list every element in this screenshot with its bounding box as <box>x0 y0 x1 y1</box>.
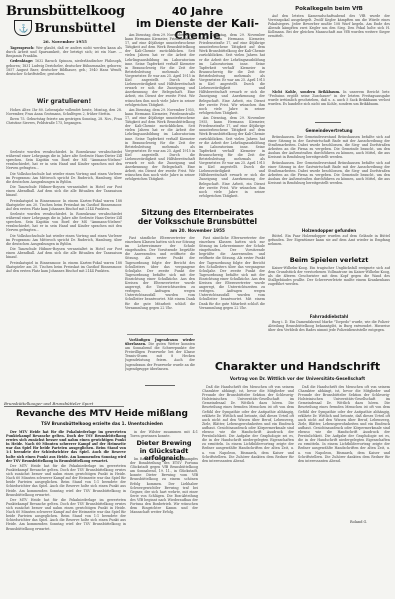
gemeindevertretung-text: Brünshausen. Der Gemeindevorstand Brünsh… <box>268 135 390 160</box>
charakter-text-col2: Daß die Handschrift des Menschen oft von… <box>298 385 390 471</box>
sport-band-label: Brunsbüttelkooger und Brunsbütteler Spor… <box>4 401 124 407</box>
gratulieren-item: Hohes Alter. Ihr 80. Lebensjahr vollende… <box>6 108 122 116</box>
charakter-text-col1: Daß die Handschrift des Menschen oft von… <box>202 385 294 475</box>
masthead-title-line2: Brunsbüttel <box>34 21 115 35</box>
gemeindevertretung-heading: Gemeindevertretung <box>268 128 390 133</box>
kali-text: Am Dienstag, dem 29. November 1955, kann… <box>199 33 265 115</box>
kali-text: Am Dienstag, dem 29. November 1955, kann… <box>125 33 195 107</box>
news-item: Seeleute wurden verabschiedet. In Rosenk… <box>6 150 122 170</box>
news-item: Die Volkshochschule hat wieder einen Vor… <box>6 172 122 184</box>
fahrraddiebstahl-block: Burg i. D. Ein Damenfahrrad Marke "Torpe… <box>268 320 390 350</box>
jugendraum-block: Vorläufigen Jugendraum wieder überlassen… <box>125 338 195 380</box>
fahrraddiebstahl-heading: Fahrraddiebstahl <box>268 314 390 319</box>
beim-spielen-heading: Beim Spielen verletzt <box>268 256 390 264</box>
elternbeirat-text-col1: Fast sämtliche Elternvertreter der einze… <box>125 236 195 332</box>
mtv-text: Der MTV Heide hat für die Pokalniederlag… <box>6 464 126 497</box>
holzendopper-text: Büttel. Ein Paar Holzendopper wurden auf… <box>268 234 390 246</box>
kali-text: Am Dienstag, dem 29. November 1955, kann… <box>199 116 265 198</box>
divider <box>315 122 341 123</box>
elternbeirat-heading-line2: der Volksschule Brunsbüttel <box>125 217 270 226</box>
pokalkegeln-block: Auf den letzten Kameradschaftsabend des … <box>268 14 390 86</box>
mtv-lead: Der MTV Heide hat für die Pokalniederlag… <box>6 430 126 463</box>
news-item: Die Tanzschule Hübner-Boysen veranstalte… <box>6 185 122 197</box>
beim-spielen-text: Kaiser-Wilhelm-Koog. Ein tragischer Ungl… <box>268 266 390 286</box>
news-item: Preisskatspiel in Rinnenmoor. In einem K… <box>6 261 122 273</box>
nicht-kohle-block: Nicht Kohle, sondern Brikkbaum. In unser… <box>268 90 390 118</box>
gemeindevertretung-text: Brünshausen. Der Gemeindevorstand Brünsh… <box>268 161 390 186</box>
mtv-heading: Revanche des MTV Heide mißlang <box>6 409 198 419</box>
charakter-author: Roland G. <box>350 520 367 524</box>
left-column-news: Seeleute wurden verabschiedet. In Rosenk… <box>6 150 122 390</box>
kali-text-col2: Am Dienstag, dem 29. November 1955, kann… <box>199 33 265 205</box>
elternbeirat-text-col2: Fast sämtliche Elternvertreter der einze… <box>199 236 265 356</box>
mtv-subheading: TSV Brunsbüttelkoog erzielte das 1. Unen… <box>6 421 198 426</box>
news-item: Die Tanzschule Hübner-Boysen veranstalte… <box>6 247 122 259</box>
news-item: Die Volkshochschule hat wieder einen Vor… <box>6 234 122 246</box>
mtv-text: Der MTV Heide hat für die Pokalniederlag… <box>6 498 126 531</box>
news-item: Seeleute wurden verabschiedet. In Rosenk… <box>6 212 122 232</box>
jugendraum-text: Die guten Wetter konnten am Sonnabend di… <box>125 342 195 371</box>
kali-text: Am Dienstag, dem 29. November 1955, kann… <box>125 108 195 182</box>
pokalkegeln-text: Auf den letzten Kameradschaftsabend des … <box>268 14 390 39</box>
elternbeirat-text: Fast sämtliche Elternvertreter der einze… <box>199 236 265 310</box>
pokalkegeln-heading: Pokalkegeln beim VfB <box>268 6 390 12</box>
elternbeirat-heading-line1: Sitzung des Elternbeirates <box>125 208 270 217</box>
elternbeirat-text: Fast sämtliche Elternvertreter der einze… <box>125 236 195 310</box>
gratulieren-block: Hohes Alter. Ihr 80. Lebensjahr vollende… <box>6 108 122 148</box>
charakter-subheading: Vortrag von Dr. Wittlich vor der Univers… <box>200 376 395 381</box>
gemeindevertretung-block: Brünshausen. Der Gemeindevorstand Brünsh… <box>268 135 390 227</box>
holzendopper-heading: Holzendopper gefunden <box>268 228 390 233</box>
tagesspruch-block: Tagesspruch: Wer glaubt, daß er anders n… <box>6 46 122 106</box>
news-item: Preisskatspiel in Rinnenmoor. In einem K… <box>6 199 122 211</box>
fahrraddiebstahl-text: Burg i. D. Ein Damenfahrrad Marke "Torpe… <box>268 320 390 332</box>
dieter-block: Im Rahmen eines Einladungskampfes der Bo… <box>130 457 198 523</box>
divider <box>145 385 175 386</box>
issue-date: 26. November 1955 <box>6 39 124 44</box>
elternbeirat-subheading: am 20. November 1955 <box>125 228 270 233</box>
masthead-title-line1: Brunsbüttelkoog <box>6 4 124 19</box>
gratulieren-heading: Wir gratulieren! <box>6 98 122 105</box>
elternbeirat-heading: Sitzung des Elternbeirates der Volksschu… <box>125 208 270 226</box>
kali-text-col1: Am Dienstag, dem 29. November 1955, kann… <box>125 33 195 205</box>
gratulieren-item: Ihren 75. Geburtstag feierte am gestrige… <box>6 117 122 125</box>
holzendopper-block: Büttel. Ein Paar Holzendopper wurden auf… <box>268 234 390 252</box>
anchor-shield-icon: ⚓ <box>14 20 32 36</box>
beim-spielen-block: Kaiser-Wilhelm-Koog. Ein tragischer Ungl… <box>268 266 390 306</box>
charakter-text: Daß die Handschrift des Menschen oft von… <box>202 385 294 463</box>
mtv-block: Der MTV Heide hat für die Pokalniederlag… <box>6 430 126 590</box>
dieter-text: Im Rahmen eines Einladungskampfes der Bo… <box>130 457 198 514</box>
dieter-text-top: in der Wilster zusammen mit 4:1 Toren ge… <box>130 430 198 438</box>
divider <box>127 334 193 335</box>
charakter-text: Daß die Handschrift des Menschen oft von… <box>298 385 390 463</box>
masthead: Brunsbüttelkoog ⚓ Brunsbüttel 26. Novemb… <box>6 4 124 44</box>
charakter-heading: Charakter und Handschrift <box>200 360 395 373</box>
